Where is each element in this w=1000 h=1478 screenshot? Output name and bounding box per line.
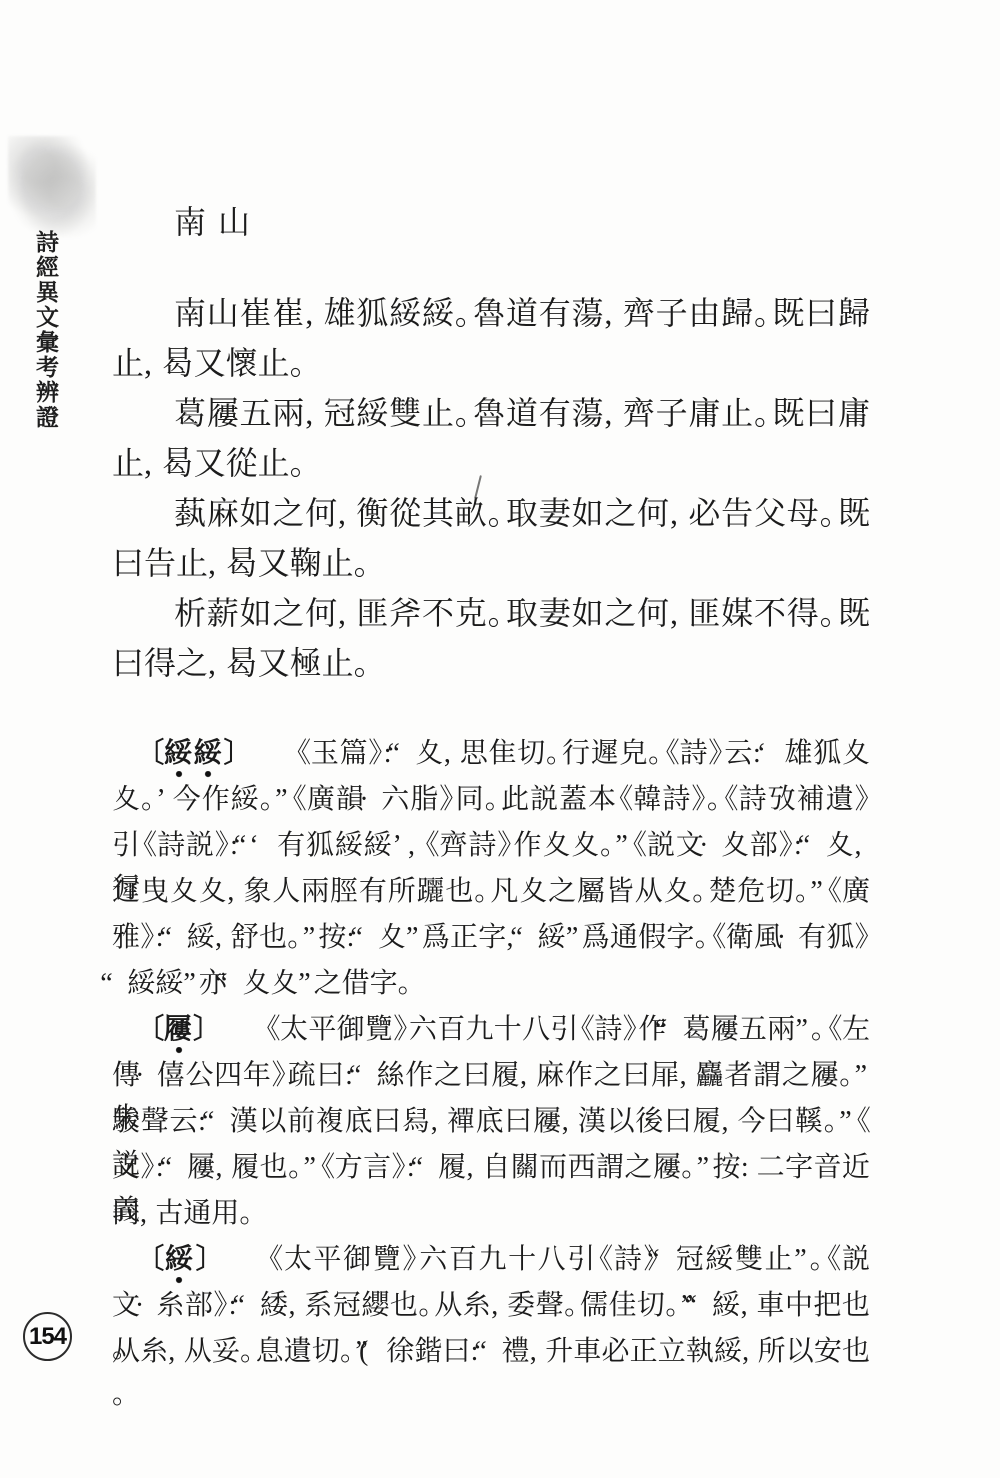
commentary-text: 《玉篇》:“夊,思隹切。行遲皃。《詩》云:‘雄狐夊: [295, 738, 870, 769]
poem-line: 曰告止,曷又鞠止。: [112, 540, 870, 590]
poem: 南山崔崔,雄狐綏綏。魯道有蕩,齊子由歸。既曰歸 止,曷又懷止。 葛屨五兩,冠綏雙…: [112, 290, 870, 690]
headword: 〔綏綏〕: [148, 738, 239, 769]
poem-line: 曰得之,曷又極止。: [112, 640, 870, 690]
commentary-text: 《太平御覽》六百九十八引《詩》作“葛屨五兩”。《左: [264, 1014, 870, 1045]
commentary-entry: 〔屨〕《太平御覽》六百九十八引《詩》作“葛屨五兩”。《左 傳·僖公四年》疏曰:“…: [112, 1008, 870, 1238]
commentary-entry: 〔綏〕《太平御覽》六百九十八引《詩》“冠綏雙止”。《説 文·糸部》:“緌,系冠纓…: [112, 1238, 870, 1376]
commentary-line: 文》:“屨,履也。”《方言》:“履,自關而西謂之屨。”按:二字音近義: [112, 1146, 870, 1192]
headword-bracket-open: 〔: [148, 1244, 163, 1275]
headword: 〔屨〕: [148, 1014, 208, 1045]
commentary-line: 傳·僖公四年》疏曰:“絲作之曰履,麻作之曰屝,麤者謂之屨。”朱: [112, 1054, 870, 1100]
poem-line: 析薪如之何,匪斧不克。取妻如之何,匪媒不得。既: [112, 590, 870, 640]
headword-bracket-close: 〕: [193, 1014, 208, 1045]
commentary-line: 駿聲云:“漢以前複底曰舄,襌底曰屨,漢以後曰履,今曰鞵。”《説: [112, 1100, 870, 1146]
page-number-badge: 154: [23, 1312, 72, 1361]
commentary: 〔綏綏〕《玉篇》:“夊,思隹切。行遲皃。《詩》云:‘雄狐夊 夊。’今作綏。”《廣…: [112, 732, 870, 1376]
headword-bracket-close: 〕: [196, 1244, 211, 1275]
commentary-line: 遲曳夊夊,象人兩脛有所躧也。凡夊之屬皆从夊。楚危切。”《廣: [112, 870, 870, 916]
poem-line: 止,曷又懷止。: [112, 340, 870, 390]
commentary-line: 〔綏綏〕《玉篇》:“夊,思隹切。行遲皃。《詩》云:‘雄狐夊: [112, 732, 870, 778]
poem-line: 蓺麻如之何,衡從其畝。取妻如之何,必告父母。既: [112, 490, 870, 540]
commentary-line: 〔屨〕《太平御覽》六百九十八引《詩》作“葛屨五兩”。《左: [112, 1008, 870, 1054]
commentary-text: 《太平御覽》六百九十八引《詩》“冠綏雙止”。《説: [267, 1244, 870, 1275]
scan-smudge-stamp: [8, 136, 96, 238]
commentary-line: “綏綏”亦“夊夊”之借字。: [112, 962, 870, 1008]
page-number: 154: [29, 1323, 66, 1351]
commentary-line: 〔綏〕《太平御覽》六百九十八引《詩》“冠綏雙止”。《説: [112, 1238, 870, 1284]
poem-line: 葛屨五兩,冠綏雙止。魯道有蕩,齊子庸止。既曰庸: [112, 390, 870, 440]
headword-bracket-close: 〕: [223, 738, 238, 769]
headword-text: 屨: [163, 1014, 193, 1045]
commentary-line: 从糸,从妥。息遺切。”(徐鍇曰:“禮,升車必正立執綏,所以安也。: [112, 1330, 870, 1376]
book-page: 詩經異文彙考辨證 154 南 山 南山崔崔,雄狐綏綏。魯道有蕩,齊子由歸。既曰歸…: [0, 0, 1000, 1478]
commentary-line: 雅》:“綏,舒也。”按:“夊”爲正字,“綏”爲通假字。《衛風·有狐》: [112, 916, 870, 962]
commentary-line: 夊。’今作綏。”《廣韻·六脂》同。此説蓋本《韓詩》。《詩攷補遺》: [112, 778, 870, 824]
headword-text: 綏: [163, 1244, 195, 1275]
book-spine-title: 詩經異文彙考辨證: [29, 230, 62, 430]
commentary-line: 同,古通用。: [112, 1192, 870, 1238]
page-content: 南 山 南山崔崔,雄狐綏綏。魯道有蕩,齊子由歸。既曰歸 止,曷又懷止。 葛屨五兩…: [112, 200, 870, 1376]
headword: 〔綏〕: [148, 1244, 211, 1275]
poem-line: 南山崔崔,雄狐綏綏。魯道有蕩,齊子由歸。既曰歸: [112, 290, 870, 340]
headword-bracket-open: 〔: [148, 738, 163, 769]
commentary-line: 文·糸部》:“緌,系冠纓也。从糸,委聲。儒佳切。”“綏,車中把也。: [112, 1284, 870, 1330]
headword-bracket-open: 〔: [148, 1014, 163, 1045]
commentary-line: 引《詩説》:“‘有狐綏綏’,《齊詩》作夊夊。”《説文·夊部》:“夊,行: [112, 824, 870, 870]
poem-line: 止,曷又從止。: [112, 440, 870, 490]
headword-text: 綏綏: [163, 738, 223, 769]
commentary-entry: 〔綏綏〕《玉篇》:“夊,思隹切。行遲皃。《詩》云:‘雄狐夊 夊。’今作綏。”《廣…: [112, 732, 870, 1008]
poem-title: 南 山: [112, 200, 870, 290]
